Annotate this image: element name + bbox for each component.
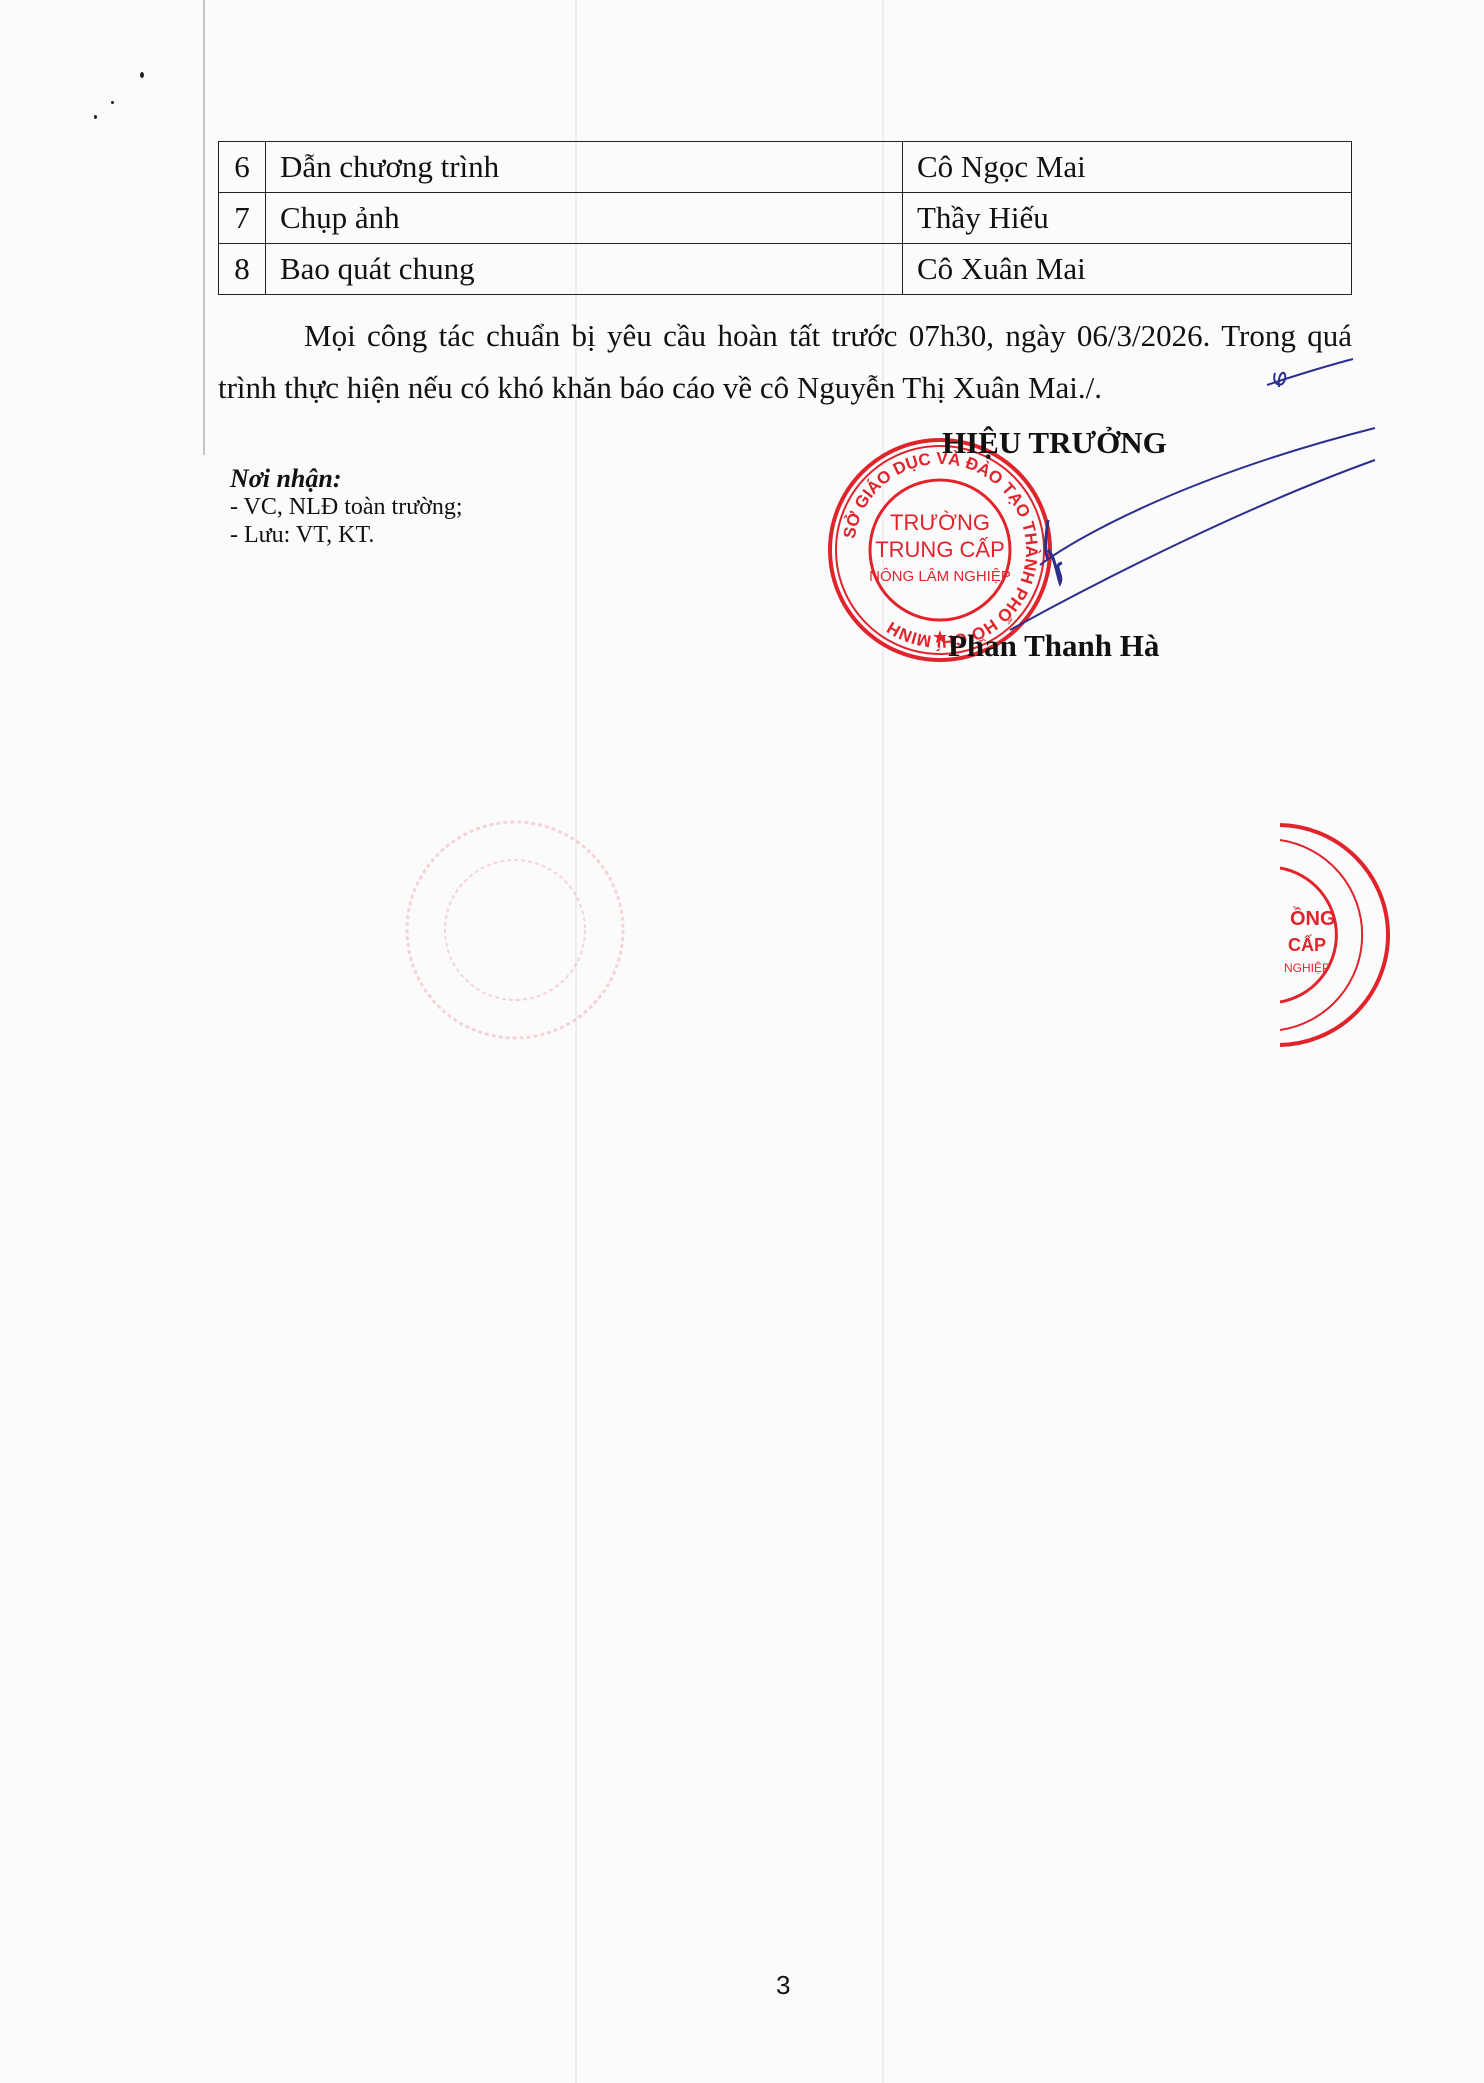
- table-row: 6 Dẫn chương trình Cô Ngọc Mai: [219, 142, 1352, 193]
- recipient-item: - Lưu: VT, KT.: [230, 521, 463, 549]
- task-assignee: Cô Ngọc Mai: [903, 142, 1352, 193]
- handwritten-signature-icon: [990, 425, 1380, 635]
- scan-speck: [111, 101, 114, 104]
- svg-text:CẤP: CẤP: [1288, 934, 1326, 955]
- task-name: Dẫn chương trình: [266, 142, 903, 193]
- row-number: 6: [219, 142, 266, 193]
- scan-speck: [140, 72, 144, 78]
- initials-mark-icon: [1265, 355, 1355, 395]
- page-number: 3: [776, 1970, 790, 2001]
- task-name: Bao quát chung: [266, 244, 903, 295]
- paragraph-text: Mọi công tác chuẩn bị yêu cầu hoàn tất t…: [218, 318, 1352, 405]
- task-assignment-table: 6 Dẫn chương trình Cô Ngọc Mai 7 Chụp ản…: [218, 141, 1352, 295]
- closing-paragraph: Mọi công tác chuẩn bị yêu cầu hoàn tất t…: [218, 310, 1352, 414]
- scan-speck: [94, 115, 97, 119]
- svg-text:ỒNG: ỒNG: [1290, 906, 1336, 930]
- scan-margin-line: [203, 0, 205, 455]
- recipient-item: - VC, NLĐ toàn trường;: [230, 493, 463, 521]
- task-assignee: Thầy Hiếu: [903, 193, 1352, 244]
- recipients-title: Nơi nhận:: [230, 465, 463, 493]
- svg-text:NGHIỆP: NGHIỆP: [1284, 960, 1330, 975]
- row-number: 7: [219, 193, 266, 244]
- table-row: 7 Chụp ảnh Thầy Hiếu: [219, 193, 1352, 244]
- task-name: Chụp ảnh: [266, 193, 903, 244]
- table-row: 8 Bao quát chung Cô Xuân Mai: [219, 244, 1352, 295]
- recipients-block: Nơi nhận: - VC, NLĐ toàn trường; - Lưu: …: [230, 465, 463, 549]
- faded-stamp-bleedthrough: [400, 815, 630, 1045]
- svg-text:TRUNG CẤP: TRUNG CẤP: [875, 537, 1005, 562]
- row-number: 8: [219, 244, 266, 295]
- svg-text:★: ★: [932, 627, 948, 647]
- task-assignee: Cô Xuân Mai: [903, 244, 1352, 295]
- svg-text:TRƯỜNG: TRƯỜNG: [890, 510, 990, 535]
- partial-stamp-icon: ỒNG CẤP NGHIỆP: [1280, 820, 1400, 1055]
